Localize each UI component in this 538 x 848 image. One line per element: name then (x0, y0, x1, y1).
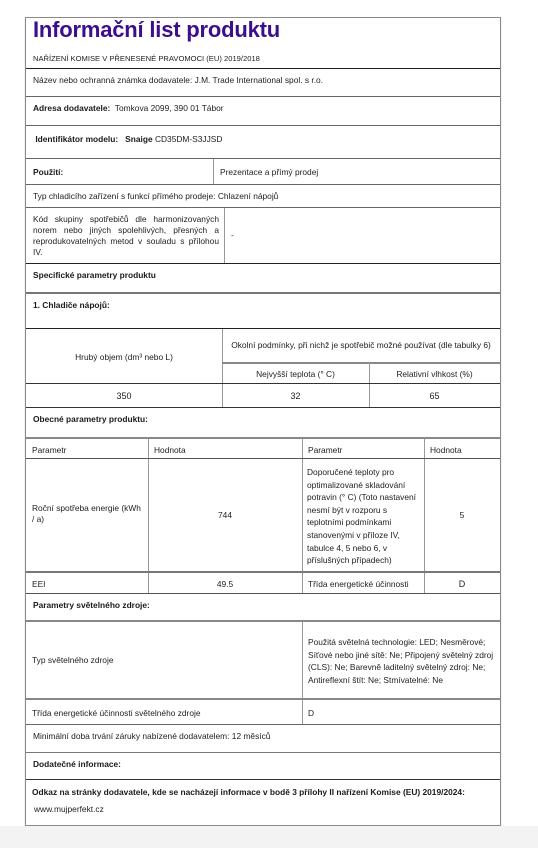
col-value-1: Hodnota (154, 445, 186, 456)
ambient-table-header: Hrubý objem (dm³ nebo L) Okolní podmínky… (26, 328, 500, 383)
max-temp-value: 32 (222, 391, 369, 402)
supplier-address-value: Tomkova 2099, 390 01 Tábor (115, 103, 224, 113)
light-class-label: Třída energetické účinnosti světelného z… (32, 708, 201, 719)
model-code: CD35DM-S3JJSD (155, 134, 222, 144)
warranty-label: Minimální doba trvání záruky nabízené do… (33, 731, 229, 741)
humidity-header: Relativní vlhkost (%) (369, 369, 500, 380)
supplier-link-label: Odkaz na stránky dodavatele, kde se nach… (32, 787, 465, 797)
light-type-label: Typ světelného zdroje (32, 655, 113, 666)
general-heading: Obecné parametry produktu: (33, 414, 148, 424)
usage-value: Prezentace a přímý prodej (213, 159, 500, 184)
model-label: Identifikátor modelu: (35, 134, 118, 144)
additional-heading: Dodatečné informace: (33, 759, 121, 769)
supplier-link-row: Odkaz na stránky dodavatele, kde se nach… (26, 779, 500, 827)
specific-heading-row: Specifické parametry produktu (26, 263, 500, 292)
supplier-name-row: Název nebo ochranná známka dodavatele: J… (26, 68, 500, 96)
header: Informační list produktu NAŘÍZENÍ KOMISE… (26, 18, 500, 68)
group-code-row: Kód skupiny spotřebičů dle harmonizovaný… (26, 207, 500, 263)
page-title: Informační list produktu (33, 24, 280, 35)
regulation-subtitle: NAŘÍZENÍ KOMISE V PŘENESENÉ PRAVOMOCI (E… (33, 53, 260, 64)
supplier-address-label: Adresa dodavatele: (33, 103, 110, 113)
ambient-table-values: 350 32 65 (26, 383, 500, 407)
eei-label: EEI (32, 579, 46, 590)
warranty-value: 12 měsíců (232, 731, 271, 741)
cooling-type-value: Chlazení nápojů (218, 191, 279, 201)
energy-value: 744 (148, 510, 302, 521)
specific-heading: Specifické parametry produktu (33, 270, 156, 280)
light-heading-row: Parametry světelného zdroje: (26, 593, 500, 620)
group-code-value: - (231, 230, 234, 241)
light-class-row: Třída energetické účinnosti světelného z… (26, 698, 500, 724)
beverage-coolers-section: 1. Chladiče nápojů: (33, 300, 110, 310)
energy-class-value: D (424, 579, 500, 590)
supplier-address-row: Adresa dodavatele: Tomkova 2099, 390 01 … (26, 96, 500, 125)
light-class-value: D (308, 708, 314, 719)
supplier-name-value: J.M. Trade International spol. s r.o. (195, 75, 323, 85)
volume-header: Hrubý objem (dm³ nebo L) (26, 352, 222, 363)
max-temp-header: Nejvyšší teplota (° C) (222, 369, 369, 380)
general-heading-row: Obecné parametry produktu: (26, 407, 500, 437)
eei-value: 49.5 (148, 579, 302, 590)
energy-label: Roční spotřeba energie (kWh / a) (32, 503, 144, 525)
model-identifier-row: Identifikátor modelu: Snaige CD35DM-S3JJ… (26, 125, 500, 158)
light-type-row: Typ světelného zdroje Použitá světelná t… (26, 620, 500, 698)
energy-row: Roční spotřeba energie (kWh / a) 744 Dop… (26, 458, 500, 571)
col-param-2: Parametr (308, 445, 342, 456)
eei-row: EEI 49.5 Třída energetické účinnosti D (26, 571, 500, 593)
usage-label: Použití: (33, 167, 63, 177)
cooling-type-row: Typ chladicího zařízení s funkcí přímého… (26, 184, 500, 207)
general-table-header: Parametr Hodnota Parametr Hodnota (26, 437, 500, 458)
energy-class-label: Třída energetické účinnosti (308, 579, 409, 590)
light-type-value: Použitá světelná technologie: LED; Nesmě… (308, 636, 498, 686)
ambient-conditions-header: Okolní podmínky, při nichž je spotřebič … (222, 340, 500, 351)
volume-value: 350 (26, 391, 222, 402)
storage-temp-label: Doporučené teploty pro optimalizované sk… (307, 466, 422, 567)
usage-row: Použití: Prezentace a přímý prodej (26, 158, 500, 184)
additional-heading-row: Dodatečné informace: (26, 752, 500, 779)
cooling-type-label: Typ chladicího zařízení s funkcí přímého… (33, 191, 215, 201)
col-value-2: Hodnota (430, 445, 462, 456)
supplier-link[interactable]: www.mujperfekt.cz (34, 804, 104, 815)
model-brand: Snaige (125, 134, 152, 144)
supplier-name-label: Název nebo ochranná známka dodavatele: (33, 75, 192, 85)
humidity-value: 65 (369, 391, 500, 402)
group-code-label: Kód skupiny spotřebičů dle harmonizovaný… (33, 214, 219, 258)
beverage-coolers-row: 1. Chladiče nápojů: (26, 292, 500, 328)
col-param-1: Parametr (32, 445, 66, 456)
light-heading: Parametry světelného zdroje: (33, 600, 150, 610)
product-information-sheet: Informační list produktu NAŘÍZENÍ KOMISE… (25, 17, 501, 826)
storage-temp-value: 5 (424, 510, 500, 521)
warranty-row: Minimální doba trvání záruky nabízené do… (26, 724, 500, 752)
page-bottom-margin (0, 826, 538, 848)
